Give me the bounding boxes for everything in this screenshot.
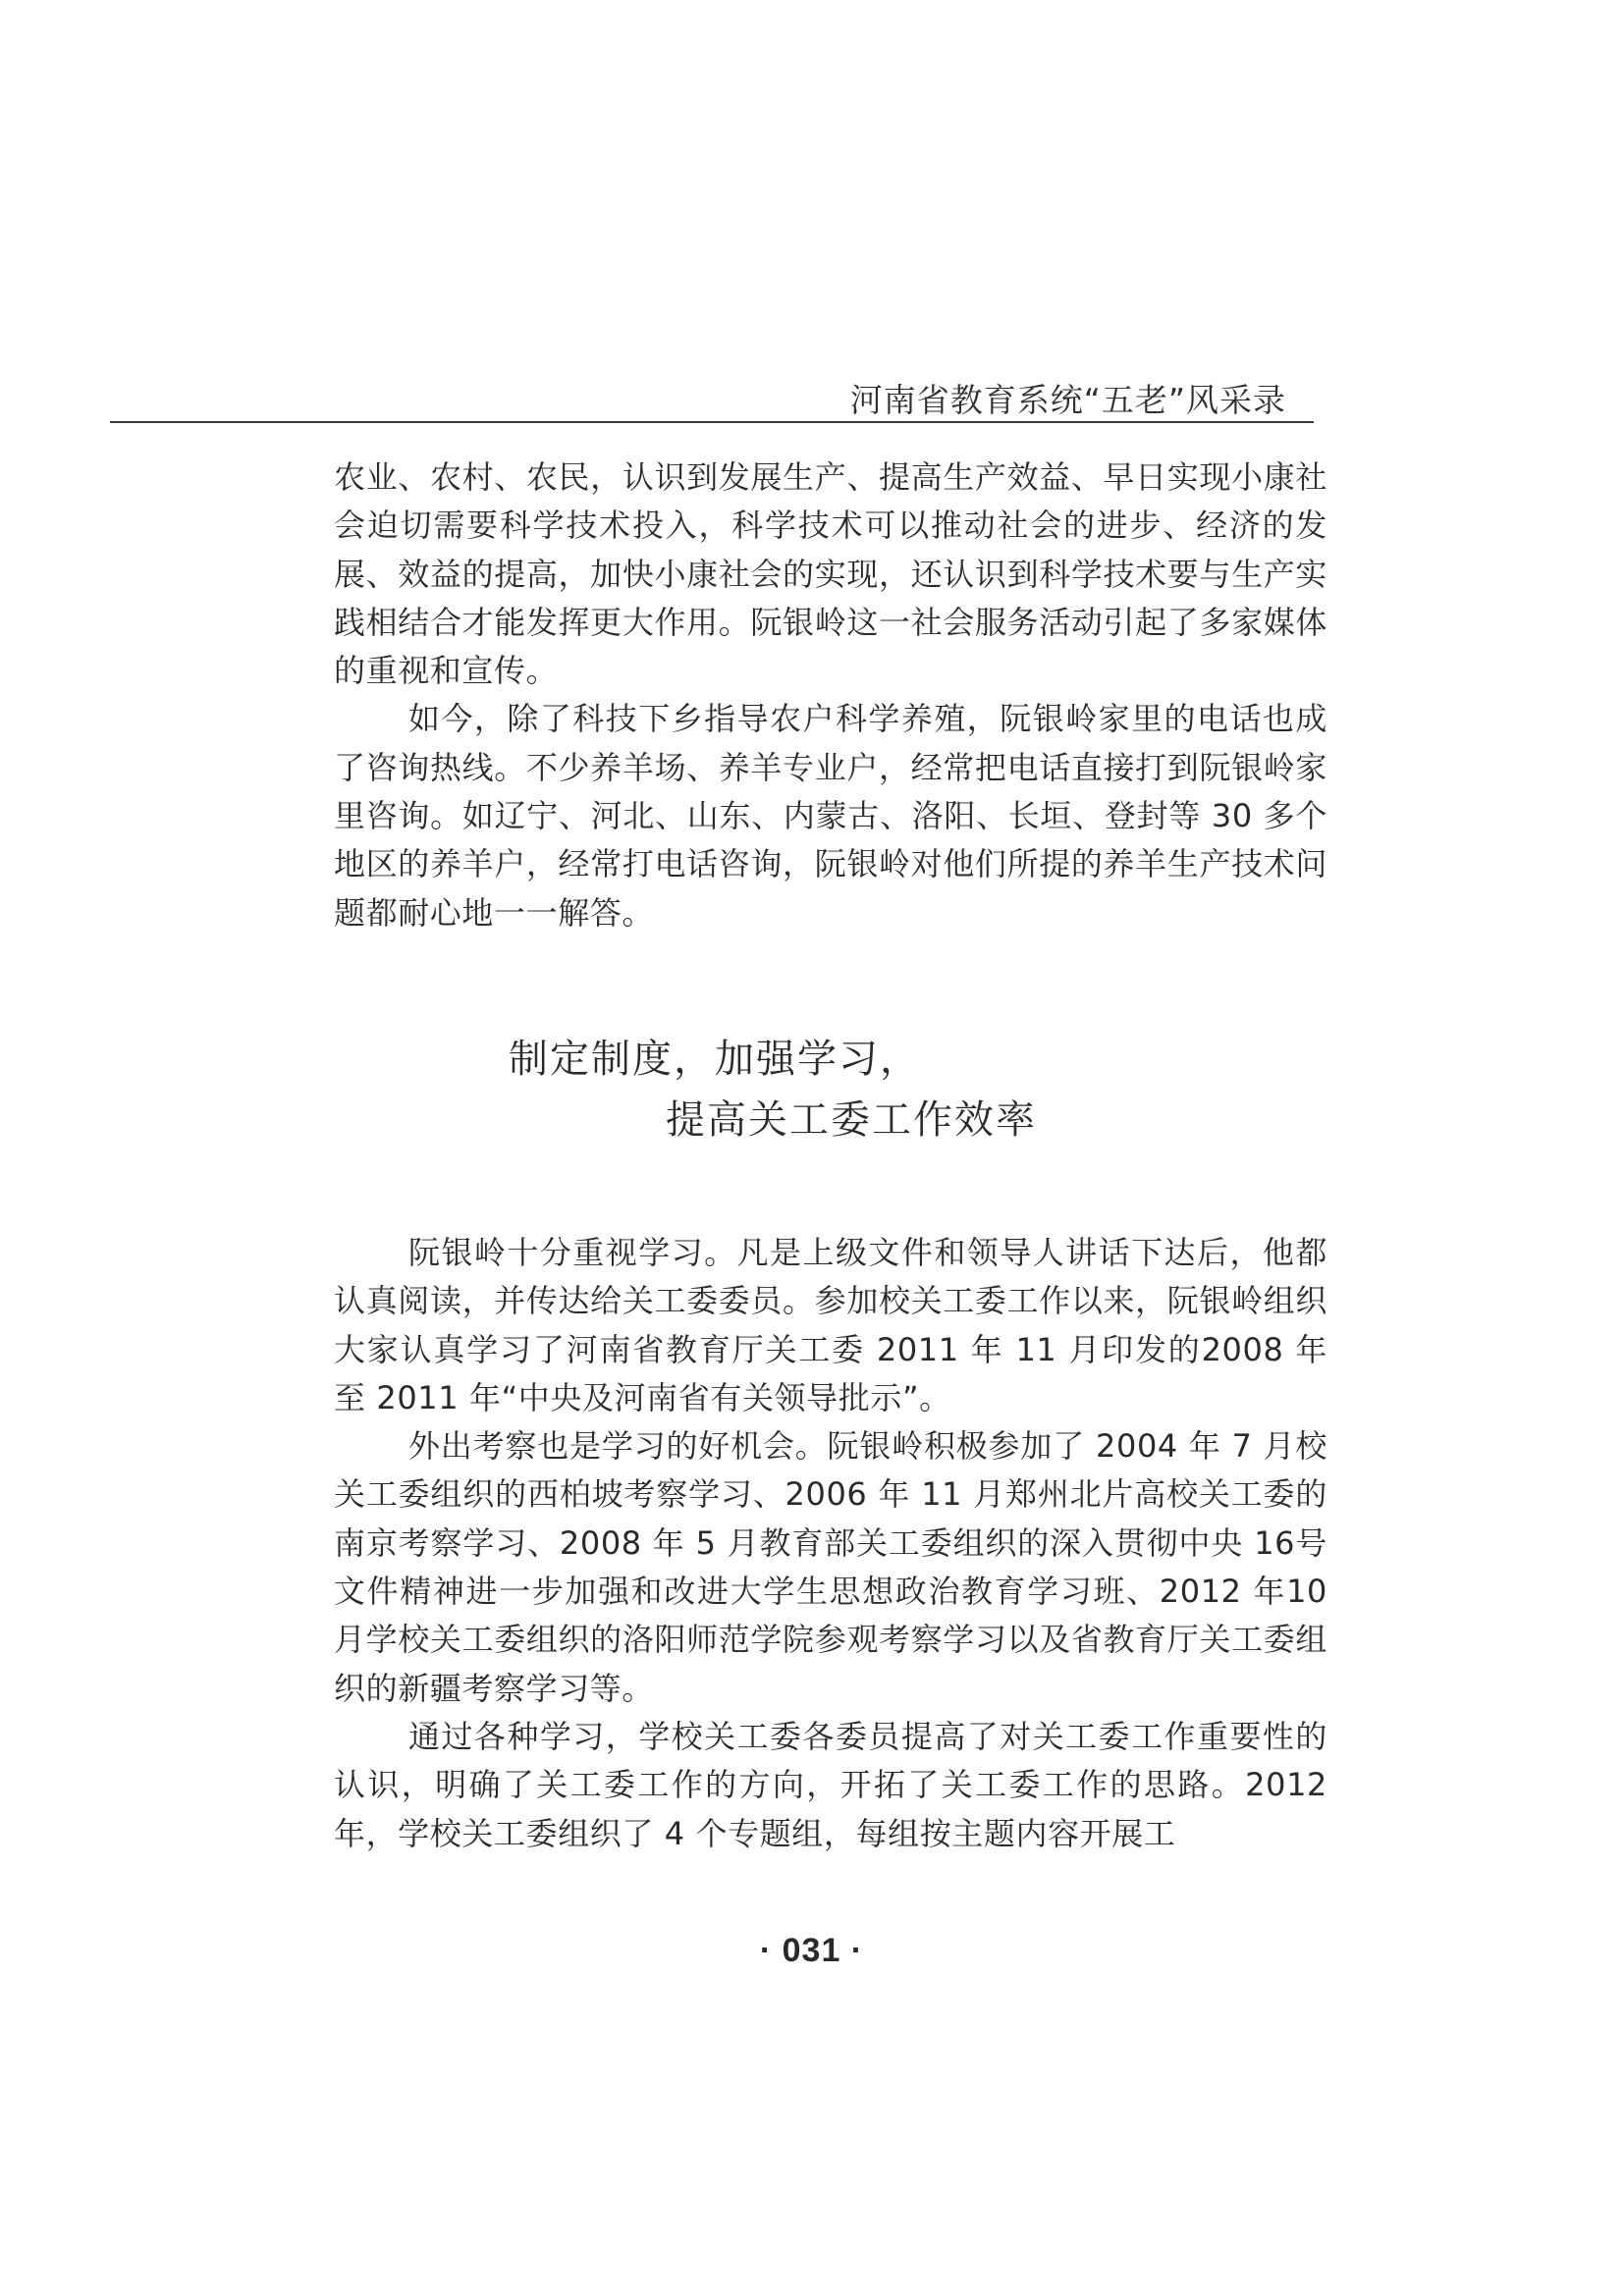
section-heading-line-2: 提高关工委工作效率 (509, 1090, 1037, 1150)
section-heading: 制定制度，加强学习， 提高关工委工作效率 (509, 1029, 1037, 1150)
text-line: 如今，除了科技下乡指导农户科学养殖，阮银岭家里的电话也 (408, 700, 1295, 737)
text-line: 农业、农村、农民，认识到发展生产、提高生产效益、早日实现小 (334, 458, 1264, 496)
paragraph-3: 阮银岭十分重视学习。凡是上级文件和领导人讲话下达后，他都认真阅读，并传达给关工委… (334, 1229, 1327, 1422)
text-block-1: 农业、农村、农民，认识到发展生产、提高生产效益、早日实现小康社会迫切需要科学技术… (334, 454, 1327, 937)
text-line: 外出考察也是学习的好机会。阮银岭积极参加了 2004 年 7 月校 (408, 1427, 1327, 1465)
header-divider (110, 421, 1314, 423)
text-block-2: 阮银岭十分重视学习。凡是上级文件和领导人讲话下达后，他都认真阅读，并传达给关工委… (334, 1229, 1327, 1858)
text-line: 通过各种学习，学校关工委各委员提高了对关工委工作重要性 (408, 1718, 1295, 1755)
paragraph-1: 农业、农村、农民，认识到发展生产、提高生产效益、早日实现小康社会迫切需要科学技术… (334, 454, 1327, 695)
paragraph-5: 通过各种学习，学校关工委各委员提高了对关工委工作重要性的认识，明确了关工委工作的… (334, 1713, 1327, 1858)
section-heading-line-1: 制定制度，加强学习， (509, 1037, 921, 1082)
page-number: · 031 · (0, 1932, 1623, 1970)
text-line: 阮银岭十分重视学习。凡是上级文件和领导人讲话下达后，他 (408, 1234, 1295, 1271)
text-line: 关工委组织的西柏坡考察学习、2006 年 11 月郑州北片高校关工委 (334, 1475, 1295, 1513)
running-header-title: 河南省教育系统“五老”风采录 (110, 381, 1286, 420)
paragraph-4: 外出考察也是学习的好机会。阮银岭积极参加了 2004 年 7 月校关工委组织的西… (334, 1422, 1327, 1713)
paragraph-2: 如今，除了科技下乡指导农户科学养殖，阮银岭家里的电话也成了咨询热线。不少养羊场、… (334, 695, 1327, 936)
